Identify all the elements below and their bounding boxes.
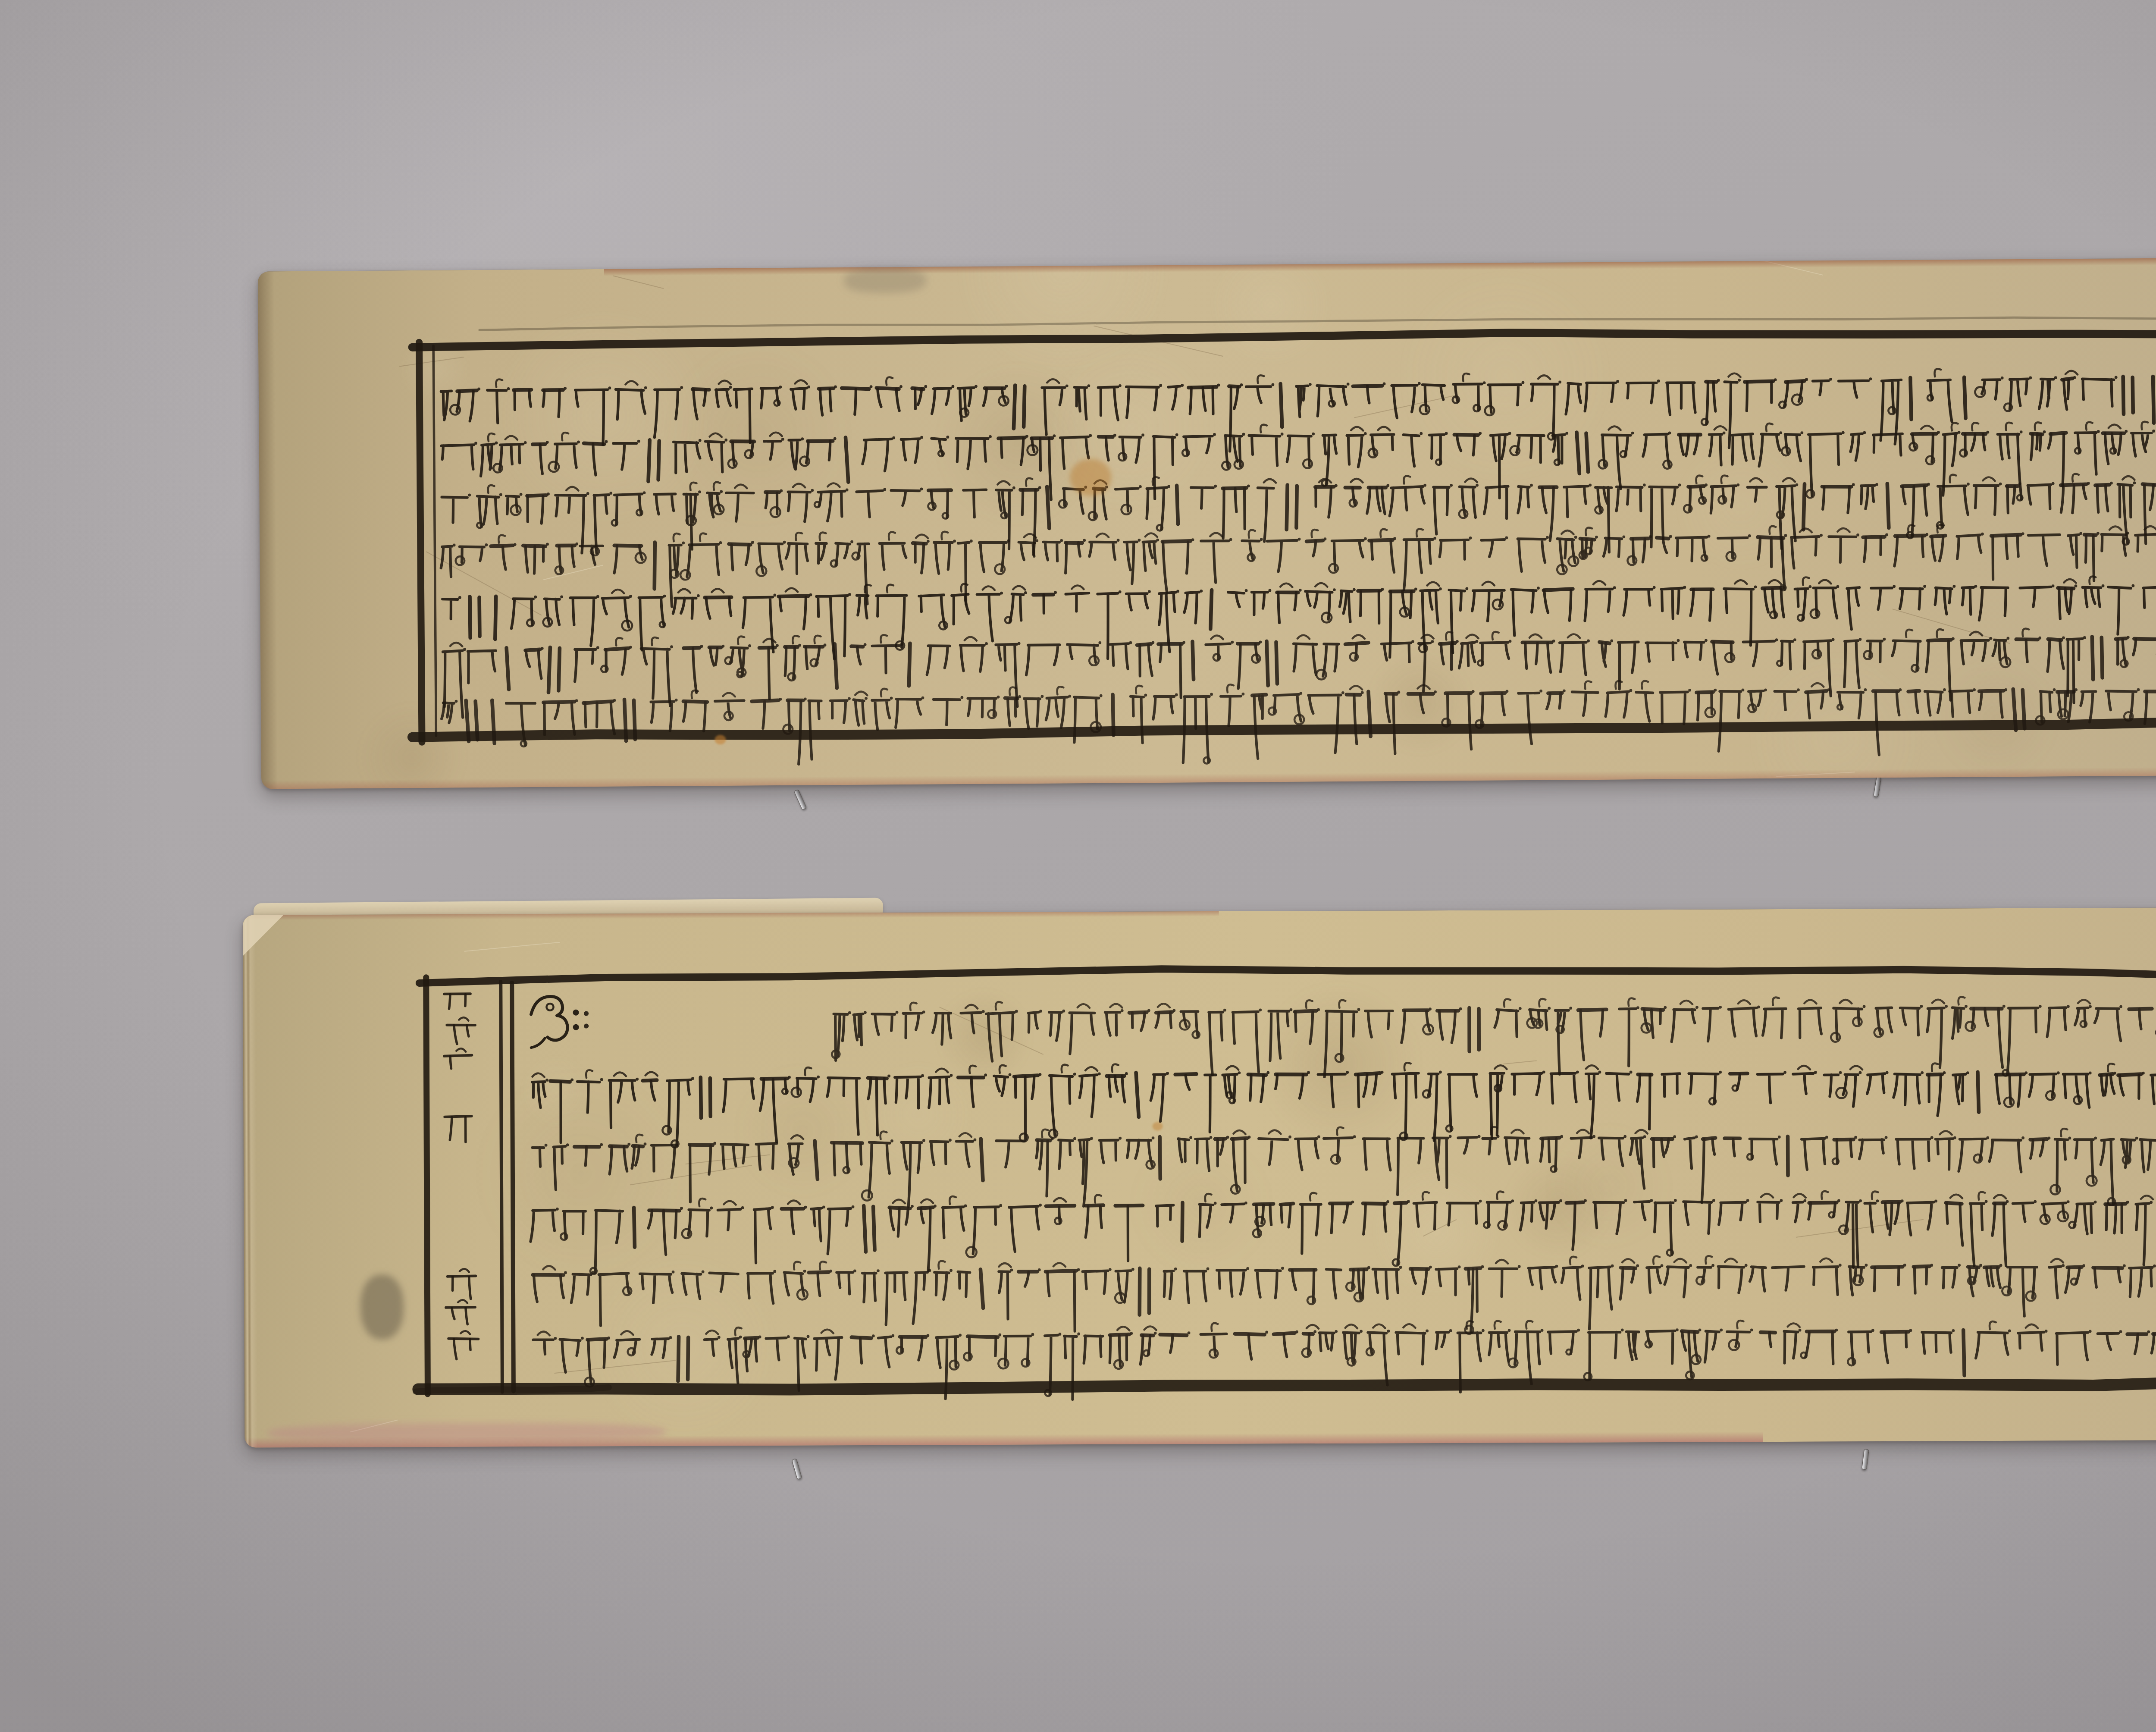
paper-leaf	[258, 256, 2156, 789]
paper-leaf	[243, 907, 2156, 1447]
mounting-pin	[792, 1458, 802, 1479]
mounting-pin	[1861, 1449, 1869, 1470]
mounting-pin	[1873, 776, 1881, 797]
manuscript-folio-lower: འབྲེལ་བ་ཡིན་ནོ། །བསྟི་སྟེགས་བར་གོ་ཆ་པ་རེ…	[243, 907, 2156, 1447]
paper-surface	[243, 907, 2156, 1447]
photograph-scene: ཕ་བྱུང་ལས་བ་ཉུད་པ་ལྟར་ཐོབ་བྱའི་འབྲས་བུ་ར…	[0, 0, 2156, 1732]
mounting-pin	[794, 789, 807, 810]
paper-surface	[258, 256, 2156, 789]
manuscript-folio-upper: ཕ་བྱུང་ལས་བ་ཉུད་པ་ལྟར་ཐོབ་བྱའི་འབྲས་བུ་ར…	[258, 256, 2156, 789]
